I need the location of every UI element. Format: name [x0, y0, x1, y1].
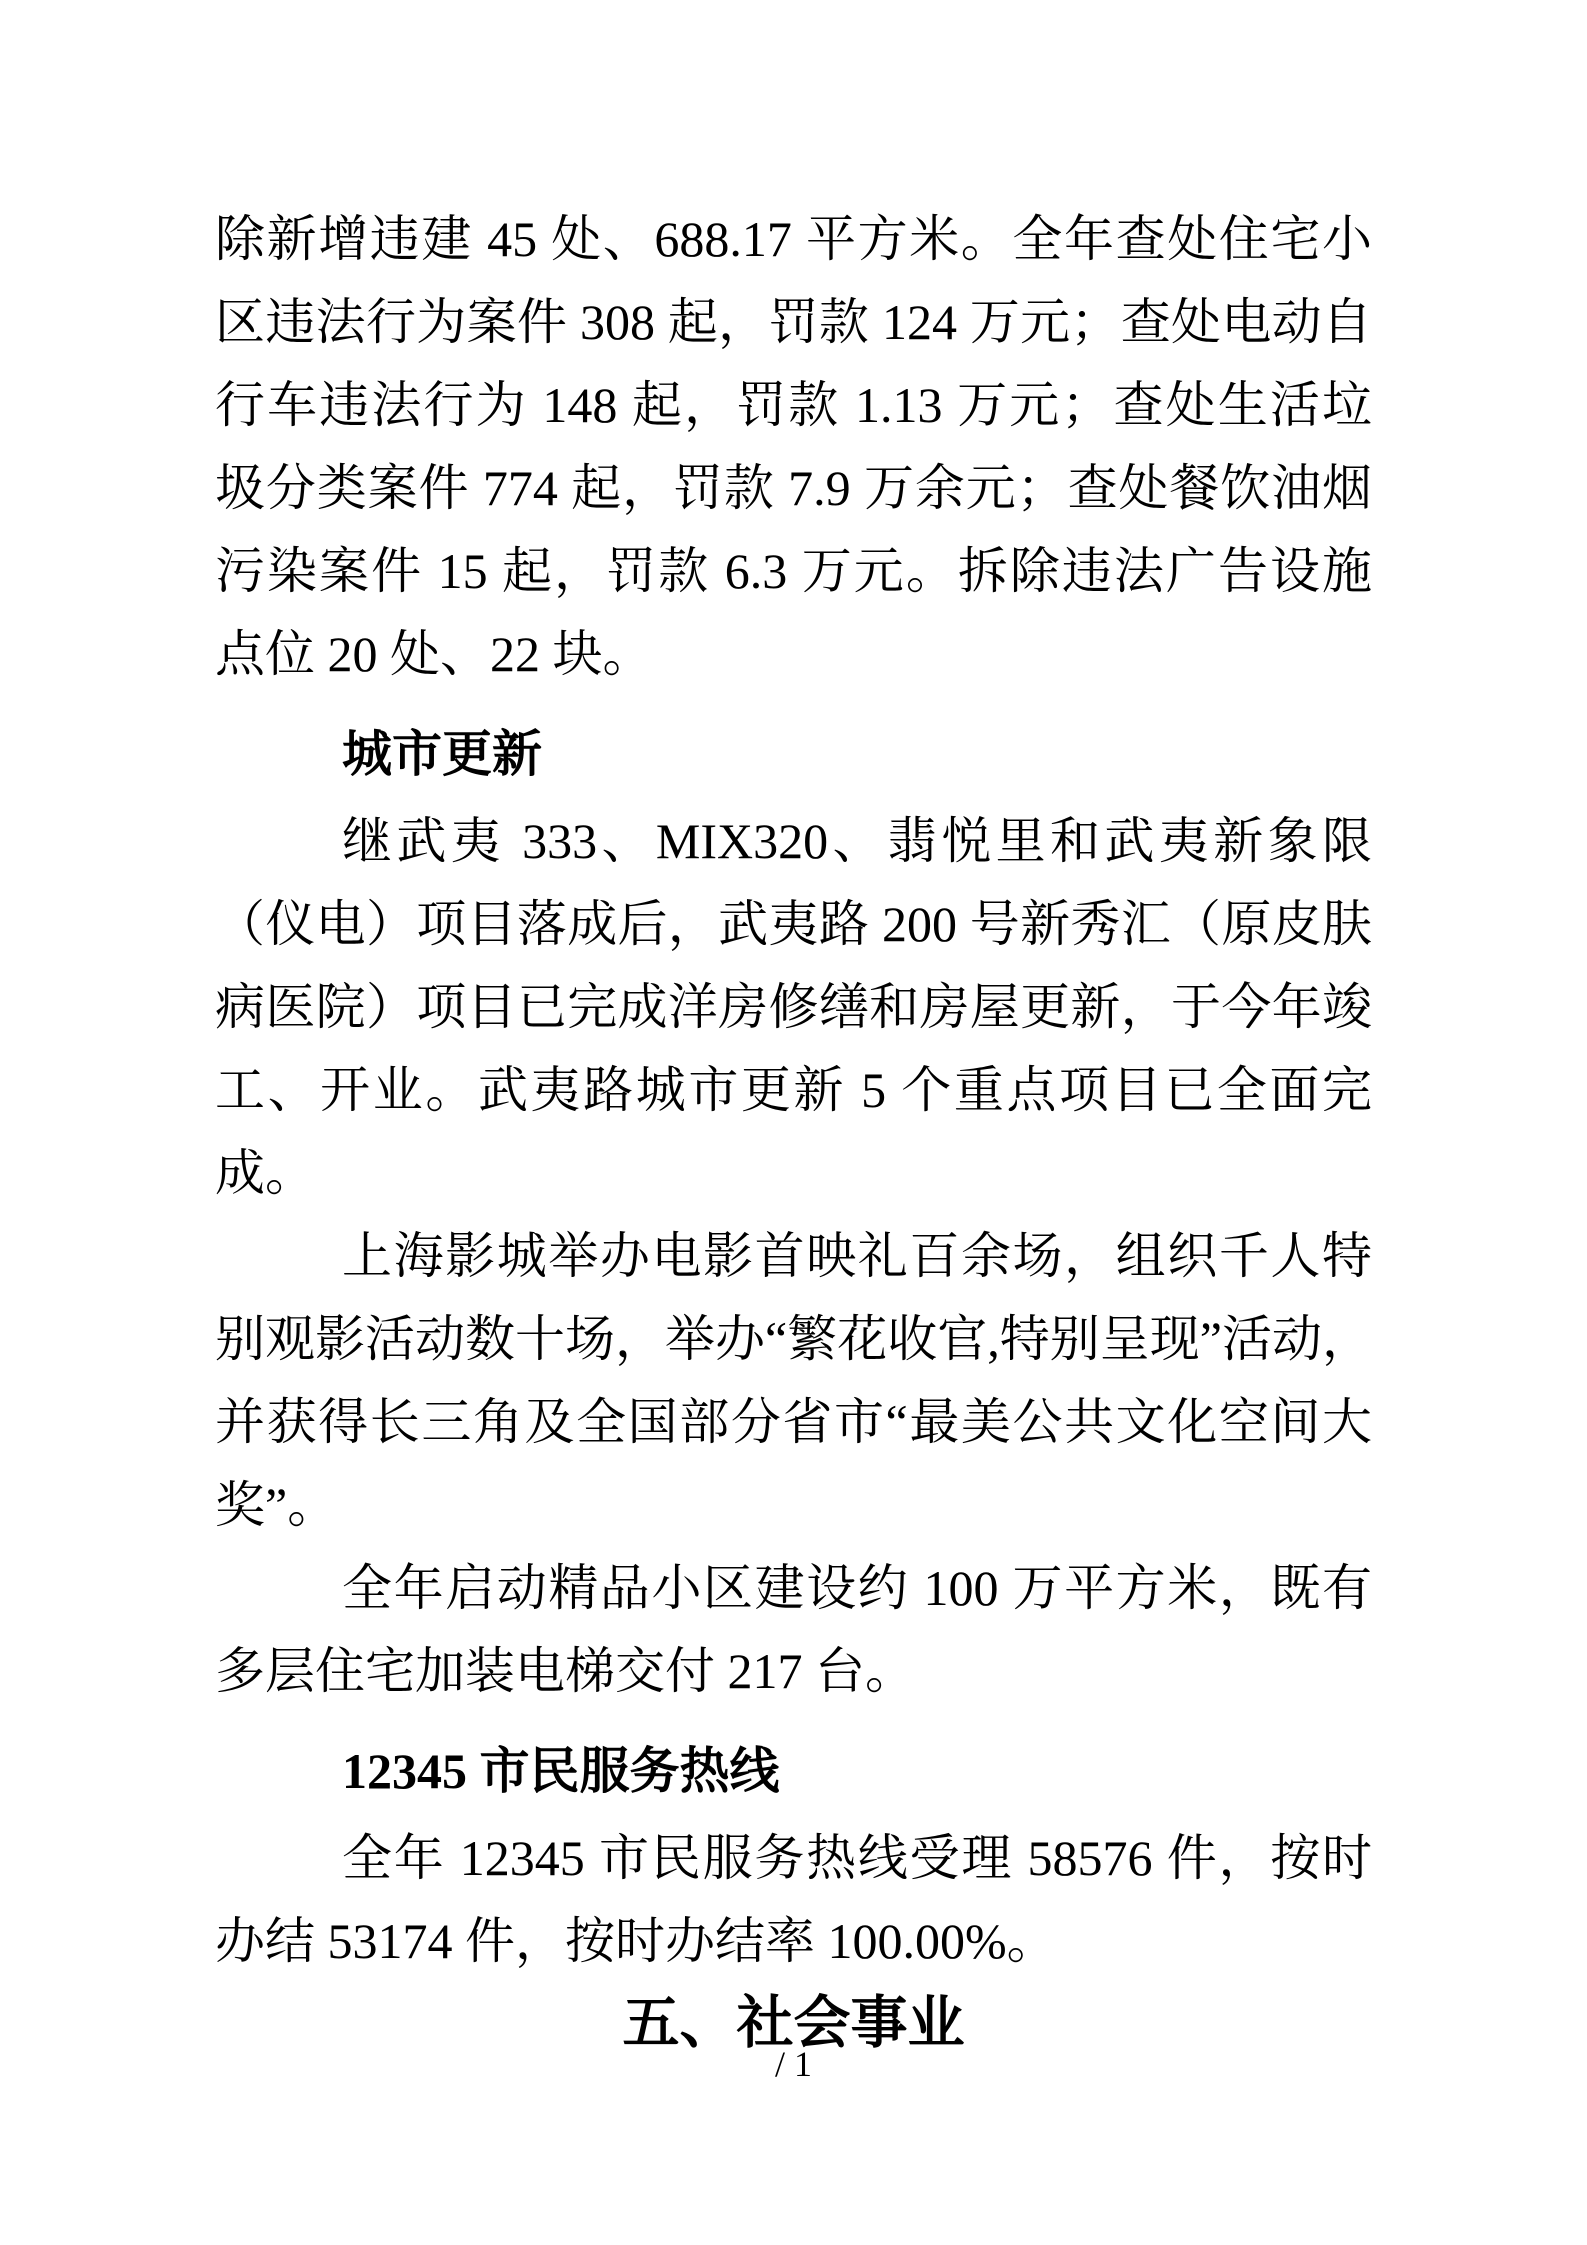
document-page: 除新增违建 45 处、688.17 平方米。全年查处住宅小区违法行为案件 308… — [0, 0, 1587, 2245]
page-content: 除新增违建 45 处、688.17 平方米。全年查处住宅小区违法行为案件 308… — [215, 198, 1372, 2063]
page-footer: / 1 — [0, 2040, 1587, 2088]
paragraph-residential-upgrades: 全年启动精品小区建设约 100 万平方米，既有多层住宅加装电梯交付 217 台。 — [215, 1547, 1372, 1713]
paragraph-hotline-stats: 全年 12345 市民服务热线受理 58576 件，按时办结 53174 件，按… — [215, 1817, 1372, 1983]
section-heading-12345-hotline: 12345 市民服务热线 — [215, 1730, 1372, 1813]
paragraph-enforcement-stats: 除新增违建 45 处、688.17 平方米。全年查处住宅小区违法行为案件 308… — [215, 198, 1372, 696]
page-number: / 1 — [775, 2044, 812, 2084]
paragraph-shanghai-film-center: 上海影城举办电影首映礼百余场，组织千人特别观影活动数十场，举办“繁花收官,特别呈… — [215, 1215, 1372, 1547]
paragraph-wuyi-road-projects: 继武夷 333、MIX320、翡悦里和武夷新象限（仪电）项目落成后，武夷路 20… — [215, 800, 1372, 1215]
section-heading-urban-renewal: 城市更新 — [215, 713, 1372, 796]
